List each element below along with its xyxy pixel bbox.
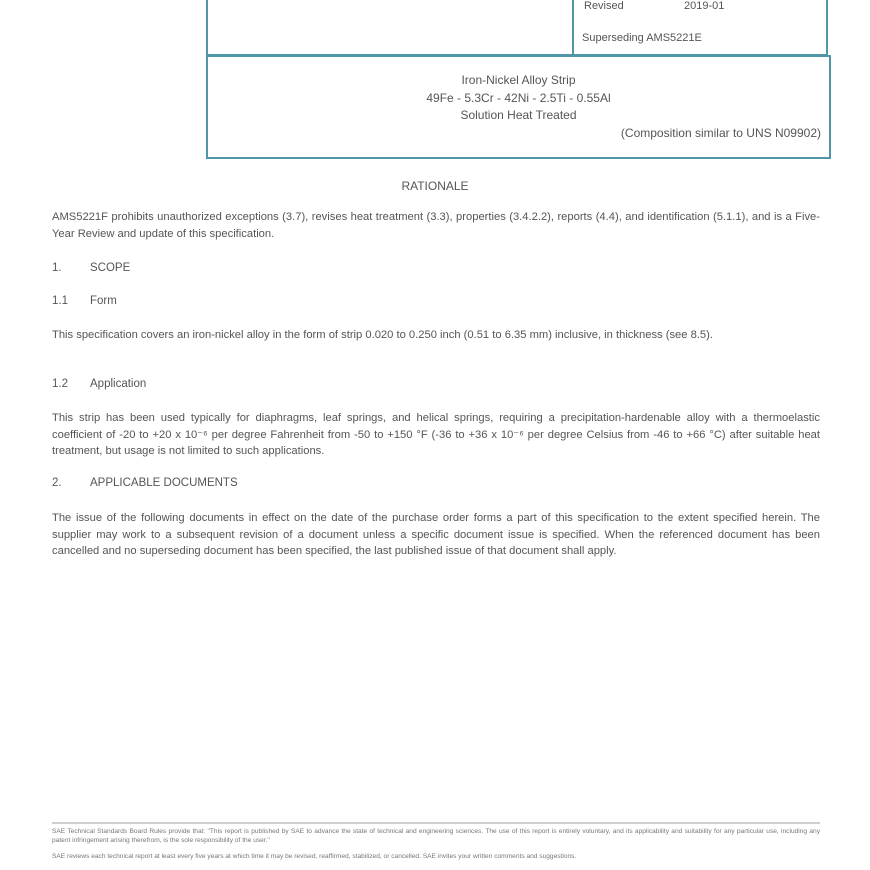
form-paragraph: This specification covers an iron-nickel…: [52, 327, 820, 344]
document-title-box: Iron-Nickel Alloy Strip 49Fe - 5.3Cr - 4…: [206, 55, 831, 159]
composition-note: (Composition similar to UNS N09902): [621, 126, 821, 140]
application-paragraph: This strip has been used typically for d…: [52, 410, 820, 460]
section-application: 1.2Application: [52, 378, 146, 390]
section-form: 1.1Form: [52, 295, 117, 307]
title-line-2: 49Fe - 5.3Cr - 42Ni - 2.5Ti - 0.55Al: [208, 91, 829, 105]
footer-review-note: SAE reviews each technical report at lea…: [52, 852, 820, 861]
title-line-3: Solution Heat Treated: [208, 108, 829, 122]
header-divider: [572, 0, 574, 54]
revised-label: Revised: [584, 0, 624, 12]
revised-date: 2019-01: [684, 0, 724, 12]
rationale-heading: RATIONALE: [0, 179, 870, 193]
footer-disclaimer: SAE Technical Standards Board Rules prov…: [52, 827, 820, 845]
footer-divider: [52, 822, 820, 824]
applicable-documents-paragraph: The issue of the following documents in …: [52, 510, 820, 560]
superseding-label: Superseding AMS5221E: [582, 32, 702, 44]
rationale-text: AMS5221F prohibits unauthorized exceptio…: [52, 209, 820, 242]
title-line-1: Iron-Nickel Alloy Strip: [208, 73, 829, 87]
section-scope: 1.SCOPE: [52, 262, 130, 274]
section-applicable-documents: 2.APPLICABLE DOCUMENTS: [52, 477, 238, 489]
document-header-box: Revised 2019-01 Superseding AMS5221E: [206, 0, 828, 56]
